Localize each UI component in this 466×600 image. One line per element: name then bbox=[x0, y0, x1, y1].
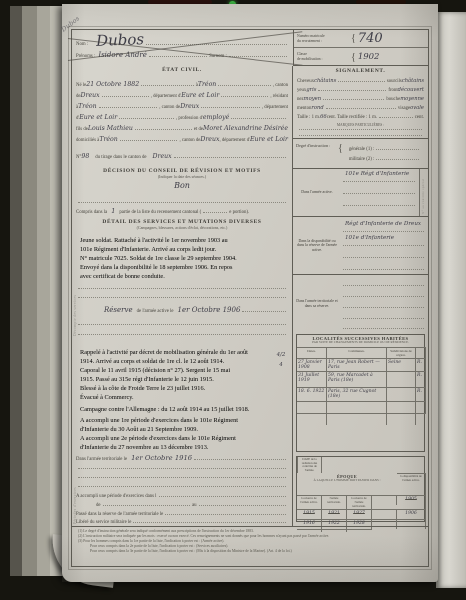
ec-printed: , département d' bbox=[219, 138, 250, 143]
ec-printed: et de bbox=[194, 127, 203, 132]
dotted-fill bbox=[379, 112, 413, 118]
services-title-wrap: DÉTAIL DES SERVICES ET MUTATIONS DIVERSE… bbox=[72, 219, 292, 230]
brace-glyph: { bbox=[351, 33, 356, 44]
ec-printed: , canton de bbox=[179, 138, 200, 143]
periode-entry: A accompli une 2e période d'exercices da… bbox=[80, 434, 286, 443]
ruled-line bbox=[343, 318, 424, 319]
periode-entry: d'Infanterie du 30 Août au 21 Septembre … bbox=[80, 425, 286, 434]
campagne-entry: Campagne contre l'Allemagne : du 12 août… bbox=[80, 405, 286, 414]
ruled-line bbox=[78, 334, 286, 335]
corps-active-value: 101e Régt d'Infanterie bbox=[345, 171, 409, 177]
localites-empty-cell bbox=[387, 413, 416, 425]
blank-printed: de bbox=[96, 503, 101, 508]
sig-label: Taille : 1 m. bbox=[297, 115, 320, 120]
instruction-fields: générale (1) : militaire (2) : bbox=[345, 143, 425, 163]
etat-civil-line: fils de Louis Mathieu et de Moret Alexan… bbox=[72, 122, 292, 133]
sig-value: moyenne bbox=[400, 96, 424, 102]
sig-label: Cheveux bbox=[297, 79, 314, 84]
signalement-row: menton rond visage ovale bbox=[293, 103, 428, 112]
dotted-fill bbox=[174, 150, 286, 158]
blank-printed: Libéré du service militaire le bbox=[76, 520, 131, 525]
reserve-inner: Réserve de l'armée active le 1er Octobre… bbox=[72, 306, 292, 314]
dotted-fill bbox=[194, 459, 286, 460]
ec-handwritten: Eure et Loir bbox=[79, 114, 117, 121]
dotted-fill bbox=[229, 48, 287, 57]
sig-label: cent. Taille rectifiée : 1 m. bbox=[327, 115, 377, 120]
services-side-label: Décompte des services bbox=[73, 246, 77, 336]
epoque-struck-value: 1927 bbox=[347, 509, 372, 519]
localites-row-subdiv: Seine bbox=[387, 358, 416, 371]
ec-handwritten: Dreux bbox=[200, 136, 219, 143]
dotted-fill bbox=[199, 505, 286, 506]
nom-label: Nom : bbox=[76, 42, 88, 47]
ec-handwritten: Eure et Loir bbox=[250, 136, 288, 143]
localites-empty-cell bbox=[416, 413, 426, 425]
sig-value: 66 bbox=[320, 114, 327, 120]
footnotes-section: (1) Le degré d'instruction générale sera… bbox=[72, 526, 428, 556]
dotted-fill bbox=[203, 212, 227, 213]
classe-label: Classe de mobilisation : bbox=[297, 52, 349, 61]
ec-printed: , canton de bbox=[159, 105, 180, 110]
compris-value: 1 bbox=[111, 207, 115, 215]
reserve-handwritten: Réserve bbox=[104, 306, 133, 314]
compris-printed: e portion). bbox=[229, 210, 249, 215]
sig-label: front bbox=[388, 88, 397, 93]
localites-table: LOCALITÉS SUCCESSIVES HABITÉES PAR SUITE… bbox=[296, 334, 425, 452]
ruled-line bbox=[299, 129, 422, 130]
localites-row-note: R. bbox=[416, 387, 426, 401]
epoque-title-cell: ÉPOQUE À LAQUELLE L'HOMME DOIT PASSER DA… bbox=[297, 473, 397, 495]
dotted-fill bbox=[103, 505, 190, 506]
brace-glyph: { bbox=[338, 143, 343, 163]
ruled-line bbox=[343, 328, 424, 329]
ec-handwritten: Eure et Loir bbox=[181, 92, 219, 99]
ruled-line bbox=[343, 296, 424, 297]
reserve-territoriale-line: Passé dans la réserve de l'armée territo… bbox=[72, 512, 292, 517]
controle-strip: N° au contrôle spécial bbox=[419, 169, 428, 216]
matricule-header: Numéro matricule du recrutement : { 740 … bbox=[293, 30, 428, 66]
dotted-fill bbox=[201, 100, 260, 108]
dotted-fill bbox=[326, 103, 396, 109]
sig-value: découvert bbox=[398, 87, 424, 93]
localites-empty-cell bbox=[297, 413, 327, 425]
periode-entry: d'Infanterie du 27 novembre au 13 décemb… bbox=[80, 443, 286, 452]
localites-subtitle: PAR SUITE DE CHANGEMENTS DE DOMICILE OU … bbox=[297, 341, 424, 345]
localites-empty-cell bbox=[327, 413, 387, 425]
corps-disponibilite-lines: Régt d'Infanterie de Dreux 101e d'Infant… bbox=[341, 217, 428, 274]
instruction-section: Degré d'instruction : { générale (1) : m… bbox=[293, 138, 428, 168]
ec-handwritten: Louis Mathieu bbox=[88, 125, 133, 132]
sig-value: rond bbox=[311, 105, 323, 111]
corps-disponibilite-value: Régt d'Infanterie de Dreux bbox=[345, 221, 421, 227]
ec-handwritten: Tréon bbox=[198, 81, 216, 88]
sig-label: nez bbox=[297, 97, 304, 102]
ec-handwritten: Dreux bbox=[153, 153, 172, 160]
militaire-label: militaire (2) : bbox=[349, 157, 375, 162]
territoriale-inner: Dans l'armée territoriale le 1er Octobre… bbox=[72, 454, 292, 462]
sig-label: menton bbox=[297, 106, 311, 111]
corps-active-lines: 101e Régt d'Infanterie bbox=[341, 169, 419, 216]
blank-printed: au bbox=[192, 503, 197, 508]
signalement-section: SIGNALEMENT. Cheveux châtains sourcils c… bbox=[293, 66, 428, 138]
localites-row-subdiv bbox=[387, 387, 416, 401]
compris-line: Compris dans la 1 partie de la liste du … bbox=[72, 207, 292, 215]
footnote: Pour ceux compris dans la 3e partie de l… bbox=[78, 549, 422, 554]
services-entry: Blessé à la côte de Froide Terre le 23 j… bbox=[80, 384, 286, 393]
sig-label: bouche bbox=[386, 97, 400, 102]
ruled-line bbox=[343, 257, 424, 258]
margin-mark: 4/2 bbox=[272, 350, 290, 360]
dotted-fill bbox=[141, 78, 194, 86]
localites-row-date: 18. 6. 1922 bbox=[297, 387, 327, 401]
ec-handwritten: Moret Alexandrine Désirée bbox=[203, 125, 288, 132]
services-entry: Évacué à Commercy. bbox=[80, 393, 286, 402]
corps-territoriale-label: Dans l'armée territoriale et dans sa rés… bbox=[293, 275, 341, 332]
libere-inner: Libéré du service militaire le bbox=[72, 520, 292, 525]
corps-active-row: Dans l'armée active. 101e Régt d'Infante… bbox=[293, 168, 428, 216]
tirage-line-wrap: N° 98 du tirage dans le canton de Dreux bbox=[72, 150, 292, 161]
ruled-line bbox=[343, 205, 415, 206]
decision-value: Bon bbox=[72, 181, 292, 190]
dotted-fill bbox=[119, 111, 174, 119]
localites-empty-cell bbox=[327, 401, 387, 413]
ec-printed: Né le bbox=[76, 83, 86, 88]
epoque-date-header: DATE de la radiation des contrôles de l'… bbox=[297, 457, 322, 473]
ec-handwritten: Tréon bbox=[99, 136, 117, 143]
corps-disponibilite-value: 101e d'Infanterie bbox=[345, 235, 394, 241]
instruction-militaire-row: militaire (2) : bbox=[345, 153, 425, 163]
matricule-form: Nom : Dubos Prénoms : Isidore André Surn… bbox=[71, 29, 429, 567]
localites-empty-cell bbox=[297, 401, 327, 413]
localites-row-commune: 17, rue Jean Robert — Paris bbox=[327, 358, 387, 371]
dotted-fill bbox=[218, 78, 271, 86]
services-entry: Caporal le 11 avril 1915 (décision n° 27… bbox=[80, 366, 286, 375]
taille-row: Taille : 1 m. 66 cent. Taille rectifiée … bbox=[293, 112, 428, 121]
ec-printed: domiciliés à bbox=[76, 138, 99, 143]
ec-handwritten: Dreux bbox=[81, 92, 100, 99]
localites-row-commune: 59, rue Marcadet à Paris (18e) bbox=[327, 371, 387, 387]
left-column: ÉTAT CIVIL. Né le 21 Octobre 1882 à Tréo… bbox=[72, 66, 293, 526]
ruled-line bbox=[78, 468, 286, 469]
ec-printed: , département bbox=[262, 105, 288, 110]
localites-grid: Dates. Communes. Subdivisions de région.… bbox=[297, 347, 424, 425]
sig-label: sourcils bbox=[387, 79, 402, 84]
corps-territoriale-row: Dans l'armée territoriale et dans sa rés… bbox=[293, 274, 428, 332]
dotted-fill bbox=[242, 311, 286, 312]
ruled-line bbox=[78, 288, 286, 289]
ruled-line bbox=[343, 245, 424, 246]
epoque-struck-value: 1921 bbox=[322, 509, 347, 519]
sig-value: châtains bbox=[402, 78, 424, 84]
ec-printed: fils de bbox=[76, 127, 88, 132]
numero-value: 740 bbox=[358, 31, 383, 46]
localites-row-subdiv bbox=[387, 371, 416, 387]
blank-de-au-line: de au bbox=[72, 503, 292, 508]
dotted-fill bbox=[159, 496, 286, 497]
localites-empty-cell bbox=[387, 401, 416, 413]
dotted-fill bbox=[133, 522, 286, 523]
decision-subtitle: (Indiquer la date des séances.) bbox=[72, 174, 292, 179]
name-header: Nom : Dubos Prénoms : Isidore André Surn… bbox=[72, 30, 293, 66]
services-entry: Jeune soldat. Rattaché à l'activité le 1… bbox=[80, 236, 286, 245]
ruled-line bbox=[299, 135, 422, 136]
blank-periode-line: A accompli une période d'exercices dans … bbox=[72, 494, 292, 499]
numero-cell: Numéro matricule du recrutement : { 740 bbox=[294, 30, 428, 48]
localites-row-commune: Paris, 32 rue Cugnot (18e) bbox=[327, 387, 387, 401]
periode-entry: A accompli une 1re période d'exercices d… bbox=[80, 416, 286, 425]
reserve-line: Réserve de l'armée active le 1er Octobre… bbox=[72, 306, 292, 314]
form-columns: ÉTAT CIVIL. Né le 21 Octobre 1882 à Tréo… bbox=[72, 66, 428, 526]
classe-cell: Classe de mobilisation : { 1902 bbox=[294, 48, 428, 66]
sig-value: moyen bbox=[304, 96, 321, 102]
localites-col-subdiv: Subdivisions de région. bbox=[387, 347, 416, 358]
sig-value: ovale bbox=[410, 105, 424, 111]
signalement-row: Cheveux châtains sourcils châtains bbox=[293, 76, 428, 85]
reserve-territoriale-inner: Passé dans la réserve de l'armée territo… bbox=[72, 512, 292, 517]
localites-row-date: 31 Juillet 1919 bbox=[297, 371, 327, 387]
services-entry: Envoyé dans la disponibilité le 18 septe… bbox=[80, 263, 286, 272]
numero-label-line2: du recrutement : bbox=[297, 39, 349, 44]
ec-handwritten: 21 Octobre 1882 bbox=[86, 81, 139, 88]
dotted-fill bbox=[99, 100, 158, 108]
corps-disponibilite-row: Dans la disponibilité ou dans la réserve… bbox=[293, 216, 428, 274]
epoque-struck-value: 1905 bbox=[397, 495, 426, 509]
localites-row-date: 27 Janvier 1908 bbox=[297, 358, 327, 371]
etat-civil-line: de Dreux , département d' Eure et Loir ,… bbox=[72, 89, 292, 100]
compris-printed: partie de la liste du recensement canton… bbox=[119, 210, 201, 215]
ruled-line bbox=[78, 297, 286, 298]
dotted-fill bbox=[323, 94, 384, 100]
dotted-fill bbox=[102, 89, 149, 97]
ec-printed: du tirage dans le canton de bbox=[95, 155, 146, 160]
services-subtitle: (Campagnes, blessures, actions d'éclat, … bbox=[72, 225, 292, 230]
localites-row-note: R. bbox=[416, 358, 426, 371]
epoque-value bbox=[372, 509, 397, 519]
right-column: SIGNALEMENT. Cheveux châtains sourcils c… bbox=[293, 66, 428, 526]
etat-civil-line: Né le 21 Octobre 1882 à Tréon , canton bbox=[72, 78, 292, 89]
ruled-line bbox=[78, 486, 286, 487]
blank-de-au-inner: de au bbox=[72, 503, 292, 508]
localites-col-visa bbox=[416, 347, 426, 358]
epoque-table: ÉPOQUE À LAQUELLE L'HOMME DOIT PASSER DA… bbox=[296, 456, 425, 522]
ec-handwritten: Tréon bbox=[78, 103, 96, 110]
signalement-row: nez moyen bouche moyenne bbox=[293, 94, 428, 103]
ec-handwritten: 98 bbox=[81, 153, 89, 160]
ec-printed: , canton bbox=[273, 83, 288, 88]
dotted-fill bbox=[221, 89, 268, 97]
sig-label: yeux bbox=[297, 88, 306, 93]
register-page: Dubos Nom : Dubos Prénoms : Isidore Andr… bbox=[62, 4, 438, 582]
epoque-col-header: l'armée territoriale. bbox=[322, 495, 347, 509]
instruction-label: Degré d'instruction : bbox=[296, 143, 336, 163]
ec-printed: , département d' bbox=[151, 94, 182, 99]
ruled-line bbox=[78, 477, 286, 478]
compris-inner: Compris dans la 1 partie de la liste du … bbox=[72, 207, 292, 215]
dotted-fill bbox=[120, 133, 178, 141]
epoque-grid: ÉPOQUE À LAQUELLE L'HOMME DOIT PASSER DA… bbox=[297, 457, 424, 532]
ec-handwritten: employé bbox=[203, 114, 229, 121]
ec-printed: , profession d' bbox=[176, 116, 203, 121]
ruled-line bbox=[343, 193, 415, 194]
ruled-line bbox=[343, 285, 424, 286]
controle-strip-label: N° au contrôle spécial bbox=[421, 172, 425, 214]
instruction-generale-row: générale (1) : bbox=[345, 143, 425, 153]
ruled-line bbox=[343, 181, 415, 182]
territoriale-line: Dans l'armée territoriale le 1er Octobre… bbox=[72, 454, 292, 462]
dotted-fill bbox=[165, 514, 286, 515]
epoque-struck-value bbox=[372, 495, 397, 505]
dotted-fill bbox=[376, 153, 419, 160]
services-entry: N° matricule 7025. Soldat de 1re classe … bbox=[80, 254, 286, 263]
services-entry: avec certificat de bonne conduite. bbox=[80, 272, 286, 281]
scan-background: { "header": { "nom_label": "Nom :", "nom… bbox=[0, 0, 466, 600]
epoque-col-header: la réserve de l'armée active. bbox=[297, 495, 322, 509]
numero-label: Numéro matricule du recrutement : bbox=[297, 34, 349, 43]
localites-col-communes: Communes. bbox=[327, 347, 387, 358]
etat-civil-title: ÉTAT CIVIL. bbox=[72, 67, 292, 73]
blank-printed: Passé dans la réserve de l'armée territo… bbox=[76, 512, 163, 517]
margin-marks: 4/2 4 bbox=[272, 350, 290, 370]
instruction-inner: Degré d'instruction : { générale (1) : m… bbox=[293, 139, 428, 163]
dotted-fill bbox=[231, 111, 286, 119]
sig-label: cent. bbox=[415, 115, 424, 120]
etat-civil-line: domiciliés à Tréon , canton de Dreux , d… bbox=[72, 133, 292, 144]
tirage-line: N° 98 du tirage dans le canton de Dreux bbox=[72, 150, 292, 161]
localites-row-note: R. bbox=[416, 371, 426, 387]
libere-line: Libéré du service militaire le bbox=[72, 520, 292, 525]
dotted-fill bbox=[135, 122, 192, 130]
services-entry: 101e Régiment d'Infanterie. Arrivé au co… bbox=[80, 245, 286, 254]
ec-printed: , résidant bbox=[270, 94, 288, 99]
ruled-line bbox=[343, 269, 424, 270]
sig-value: châtains bbox=[314, 78, 336, 84]
etat-civil-lines: Né le 21 Octobre 1882 à Tréon , canton d… bbox=[72, 78, 292, 144]
signalement-title: SIGNALEMENT. bbox=[293, 68, 428, 74]
blank-periode-inner: A accompli une période d'exercices dans … bbox=[72, 494, 292, 499]
localites-col-dates: Dates. bbox=[297, 347, 327, 358]
epoque-col-header: la réserve de l'armée territoriale. bbox=[347, 495, 372, 509]
sig-label: visage bbox=[398, 106, 410, 111]
ec-handwritten: Dreux bbox=[180, 103, 199, 110]
corps-disponibilite-label: Dans la disponibilité ou dans la réserve… bbox=[293, 217, 341, 274]
localites-empty-cell bbox=[416, 401, 426, 413]
signalement-row: yeux gris front découvert bbox=[293, 85, 428, 94]
compris-printed: Compris dans la bbox=[76, 210, 107, 215]
reserve-date: 1er Octobre 1906 bbox=[178, 306, 241, 314]
blank-printed: A accompli une période d'exercices dans … bbox=[76, 494, 157, 499]
ruled-line bbox=[343, 307, 424, 308]
dotted-fill bbox=[376, 143, 419, 150]
epoque-struck-value: 1915 bbox=[297, 509, 322, 519]
margin-mark: 4 bbox=[272, 360, 290, 370]
services-entry: Rappelé à l'activité par décret de mobil… bbox=[80, 348, 286, 357]
territoriale-date: 1er Octobre 1916 bbox=[131, 454, 192, 462]
decision-section: DÉCISION DU CONSEIL DE RÉVISION ET MOTIF… bbox=[72, 168, 292, 190]
etat-civil-line: à Tréon , canton de Dreux , département bbox=[72, 100, 292, 111]
marques-label: MARQUES PARTICULIÈRES : bbox=[293, 123, 428, 127]
corps-active-label: Dans l'armée active. bbox=[293, 169, 341, 216]
dotted-fill bbox=[338, 76, 385, 82]
ruled-line bbox=[78, 202, 286, 203]
generale-label: générale (1) : bbox=[349, 147, 375, 152]
sig-value: gris bbox=[306, 87, 316, 93]
epoque-col-header: la disponibilité de l'armée active. bbox=[397, 473, 426, 495]
ruled-line bbox=[343, 231, 424, 232]
corps-territoriale-lines bbox=[341, 275, 428, 332]
dotted-fill bbox=[318, 85, 386, 91]
services-entry: 1914. Arrivé au corps et soldat de 1re c… bbox=[80, 357, 286, 366]
brace-glyph: { bbox=[351, 52, 356, 63]
epoque-value: 1906 bbox=[397, 509, 426, 519]
classe-value: 1902 bbox=[358, 52, 380, 62]
services-entry: 1915. Passé au 315e régt d'Infanterie le… bbox=[80, 375, 286, 384]
territoriale-printed: Dans l'armée territoriale le bbox=[76, 457, 127, 462]
etat-civil-line: d' Eure et Loir , profession d' employé bbox=[72, 111, 292, 122]
etat-civil-title-wrap: ÉTAT CIVIL. bbox=[72, 67, 292, 73]
next-page-edge bbox=[436, 12, 466, 588]
ruled-line bbox=[78, 324, 286, 325]
classe-label-line2: de mobilisation : bbox=[297, 57, 349, 62]
reserve-printed: de l'armée active le bbox=[137, 309, 174, 314]
epoque-subtitle: À LAQUELLE L'HOMME DOIT PASSER DANS : bbox=[297, 479, 397, 483]
